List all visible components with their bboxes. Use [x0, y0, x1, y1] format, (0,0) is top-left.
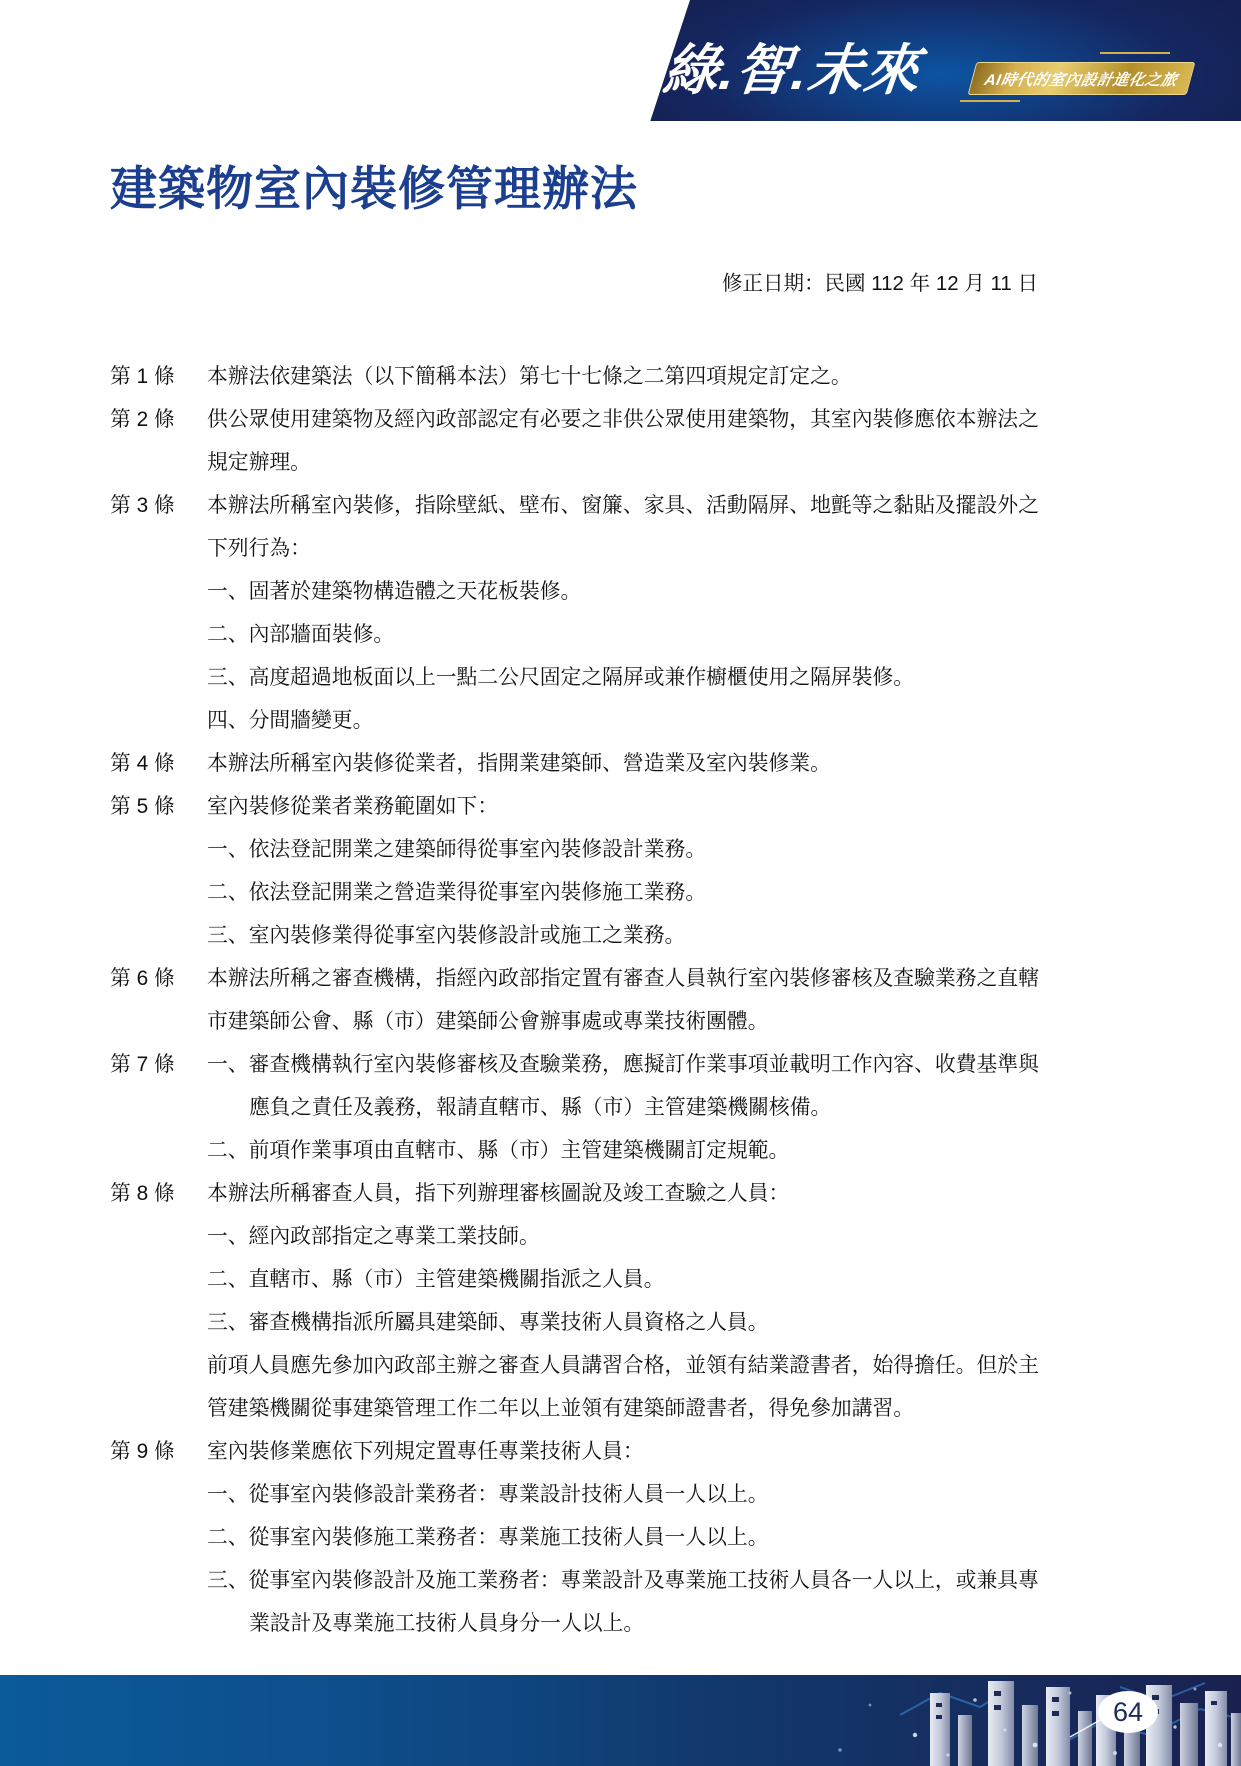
article-number: 第 8 條 [110, 1176, 207, 1206]
article-line: 市建築師公會、縣（市）建築師公會辦事處或專業技術團體。 [110, 997, 1110, 1040]
article-line: 四、分間牆變更。 [110, 696, 1110, 739]
article-text: 供公眾使用建築物及經內政部認定有必要之非供公眾使用建築物，其室內裝修應依本辦法之 [207, 402, 1039, 432]
article-line: 前項人員應先參加內政部主辦之審查人員講習合格，並領有結業證書者，始得擔任。但於主 [110, 1341, 1110, 1384]
brand-logo-text: 綠.智.未來 [660, 26, 925, 105]
article-line: 第 2 條供公眾使用建築物及經內政部認定有必要之非供公眾使用建築物，其室內裝修應… [110, 395, 1110, 438]
article-text: 二、依法登記開業之營造業得從事室內裝修施工業務。 [207, 875, 706, 905]
article-line: 一、依法登記開業之建築師得從事室內裝修設計業務。 [110, 825, 1110, 868]
article-text: 本辦法所稱之審查機構，指經內政部指定置有審查人員執行室內裝修審核及查驗業務之直轄 [207, 961, 1039, 991]
article-line: 二、依法登記開業之營造業得從事室內裝修施工業務。 [110, 868, 1110, 911]
article-line: 管建築機關從事建築管理工作二年以上並領有建築師證書者，得免參加講習。 [110, 1384, 1110, 1427]
article-line: 一、經內政部指定之專業工業技師。 [110, 1212, 1110, 1255]
article-text: 三、室內裝修業得從事室內裝修設計或施工之業務。 [207, 918, 685, 948]
article-line: 第 1 條本辦法依建築法（以下簡稱本法）第七十七條之二第四項規定訂定之。 [110, 352, 1110, 395]
article-text: 本辦法所稱室內裝修從業者，指開業建築師、營造業及室內裝修業。 [207, 746, 831, 776]
article-text: 三、審查機構指派所屬具建築師、專業技術人員資格之人員。 [207, 1305, 769, 1335]
article-line: 第 7 條一、審查機構執行室內裝修審核及查驗業務，應擬訂作業事項並載明工作內容、… [110, 1040, 1110, 1083]
article-text: 本辦法所稱室內裝修，指除壁紙、壁布、窗簾、家具、活動隔屏、地氈等之黏貼及擺設外之 [207, 488, 1039, 518]
article-text: 室內裝修從業者業務範圍如下： [207, 789, 498, 819]
article-text: 一、固著於建築物構造體之天花板裝修。 [207, 574, 581, 604]
article-line: 一、從事室內裝修設計業務者：專業設計技術人員一人以上。 [110, 1470, 1110, 1513]
article-text: 一、審查機構執行室內裝修審核及查驗業務，應擬訂作業事項並載明工作內容、收費基準與 [207, 1047, 1039, 1077]
article-line: 三、審查機構指派所屬具建築師、專業技術人員資格之人員。 [110, 1298, 1110, 1341]
article-line: 第 9 條室內裝修業應依下列規定置專任專業技術人員： [110, 1427, 1110, 1470]
article-number: 第 6 條 [110, 961, 207, 991]
article-line: 第 5 條室內裝修從業者業務範圍如下： [110, 782, 1110, 825]
article-line: 二、從事室內裝修施工業務者：專業施工技術人員一人以上。 [110, 1513, 1110, 1556]
article-text: 一、依法登記開業之建築師得從事室內裝修設計業務。 [207, 832, 706, 862]
article-line: 業設計及專業施工技術人員身分一人以上。 [110, 1599, 1110, 1642]
gold-circuit-line [1100, 52, 1170, 54]
article-text: 管建築機關從事建築管理工作二年以上並領有建築師證書者，得免參加講習。 [207, 1391, 914, 1421]
article-line: 第 4 條本辦法所稱室內裝修從業者，指開業建築師、營造業及室內裝修業。 [110, 739, 1110, 782]
article-line: 應負之責任及義務，報請直轄市、縣（市）主管建築機關核備。 [110, 1083, 1110, 1126]
article-line: 二、直轄市、縣（市）主管建築機關指派之人員。 [110, 1255, 1110, 1298]
article-line: 第 8 條本辦法所稱審查人員，指下列辦理審核圖說及竣工查驗之人員： [110, 1169, 1110, 1212]
article-number: 第 5 條 [110, 789, 207, 819]
tagline-badge: AI時代的室內設計進化之旅 [968, 62, 1195, 95]
article-line: 三、從事室內裝修設計及施工業務者：專業設計及專業施工技術人員各一人以上，或兼具專 [110, 1556, 1110, 1599]
article-line: 下列行為： [110, 524, 1110, 567]
article-number: 第 1 條 [110, 359, 207, 389]
article-line: 一、固著於建築物構造體之天花板裝修。 [110, 567, 1110, 610]
article-line: 第 3 條本辦法所稱室內裝修，指除壁紙、壁布、窗簾、家具、活動隔屏、地氈等之黏貼… [110, 481, 1110, 524]
article-text: 下列行為： [207, 531, 311, 561]
article-text: 四、分間牆變更。 [207, 703, 373, 733]
page-title: 建築物室內裝修管理辦法 [110, 152, 638, 219]
article-text: 本辦法所稱審查人員，指下列辦理審核圖說及竣工查驗之人員： [207, 1176, 789, 1206]
article-text: 一、從事室內裝修設計業務者：專業設計技術人員一人以上。 [207, 1477, 769, 1507]
article-text: 二、直轄市、縣（市）主管建築機關指派之人員。 [207, 1262, 665, 1292]
article-line: 三、高度超過地板面以上一點二公尺固定之隔屏或兼作櫥櫃使用之隔屏裝修。 [110, 653, 1110, 696]
article-text: 二、從事室內裝修施工業務者：專業施工技術人員一人以上。 [207, 1520, 769, 1550]
cityscape-graphic: 64 [0, 1675, 1241, 1766]
article-line: 三、室內裝修業得從事室內裝修設計或施工之業務。 [110, 911, 1110, 954]
article-text: 市建築師公會、縣（市）建築師公會辦事處或專業技術團體。 [207, 1004, 769, 1034]
article-text: 二、內部牆面裝修。 [207, 617, 394, 647]
article-text: 業設計及專業施工技術人員身分一人以上。 [207, 1606, 644, 1636]
article-number: 第 4 條 [110, 746, 207, 776]
header-banner [0, 0, 1241, 121]
article-text: 三、高度超過地板面以上一點二公尺固定之隔屏或兼作櫥櫃使用之隔屏裝修。 [207, 660, 914, 690]
article-number: 第 9 條 [110, 1434, 207, 1464]
article-text: 應負之責任及義務，報請直轄市、縣（市）主管建築機關核備。 [207, 1090, 831, 1120]
page-number: 64 [1113, 1697, 1143, 1727]
article-line: 規定辦理。 [110, 438, 1110, 481]
article-text: 一、經內政部指定之專業工業技師。 [207, 1219, 540, 1249]
article-number: 第 2 條 [110, 402, 207, 432]
gold-circuit-line [960, 100, 1020, 102]
document-page: { "header": { "brand": "綠.智.未來", "taglin… [0, 0, 1241, 1766]
tagline-text: AI時代的室內設計進化之旅 [983, 68, 1180, 90]
revision-date: 修正日期：民國 112 年 12 月 11 日 [110, 266, 1038, 296]
article-line: 第 6 條本辦法所稱之審查機構，指經內政部指定置有審查人員執行室內裝修審核及查驗… [110, 954, 1110, 997]
article-line: 二、內部牆面裝修。 [110, 610, 1110, 653]
articles: 第 1 條本辦法依建築法（以下簡稱本法）第七十七條之二第四項規定訂定之。第 2 … [110, 352, 1110, 1642]
article-text: 三、從事室內裝修設計及施工業務者：專業設計及專業施工技術人員各一人以上，或兼具專 [207, 1563, 1039, 1593]
article-text: 本辦法依建築法（以下簡稱本法）第七十七條之二第四項規定訂定之。 [207, 359, 852, 389]
article-text: 前項人員應先參加內政部主辦之審查人員講習合格，並領有結業證書者，始得擔任。但於主 [207, 1348, 1039, 1378]
article-number: 第 7 條 [110, 1047, 207, 1077]
article-text: 規定辦理。 [207, 445, 311, 475]
article-text: 室內裝修業應依下列規定置專任專業技術人員： [207, 1434, 644, 1464]
article-line: 二、前項作業事項由直轄市、縣（市）主管建築機關訂定規範。 [110, 1126, 1110, 1169]
article-text: 二、前項作業事項由直轄市、縣（市）主管建築機關訂定規範。 [207, 1133, 789, 1163]
footer-band: 64 [0, 1675, 1241, 1766]
article-number: 第 3 條 [110, 488, 207, 518]
